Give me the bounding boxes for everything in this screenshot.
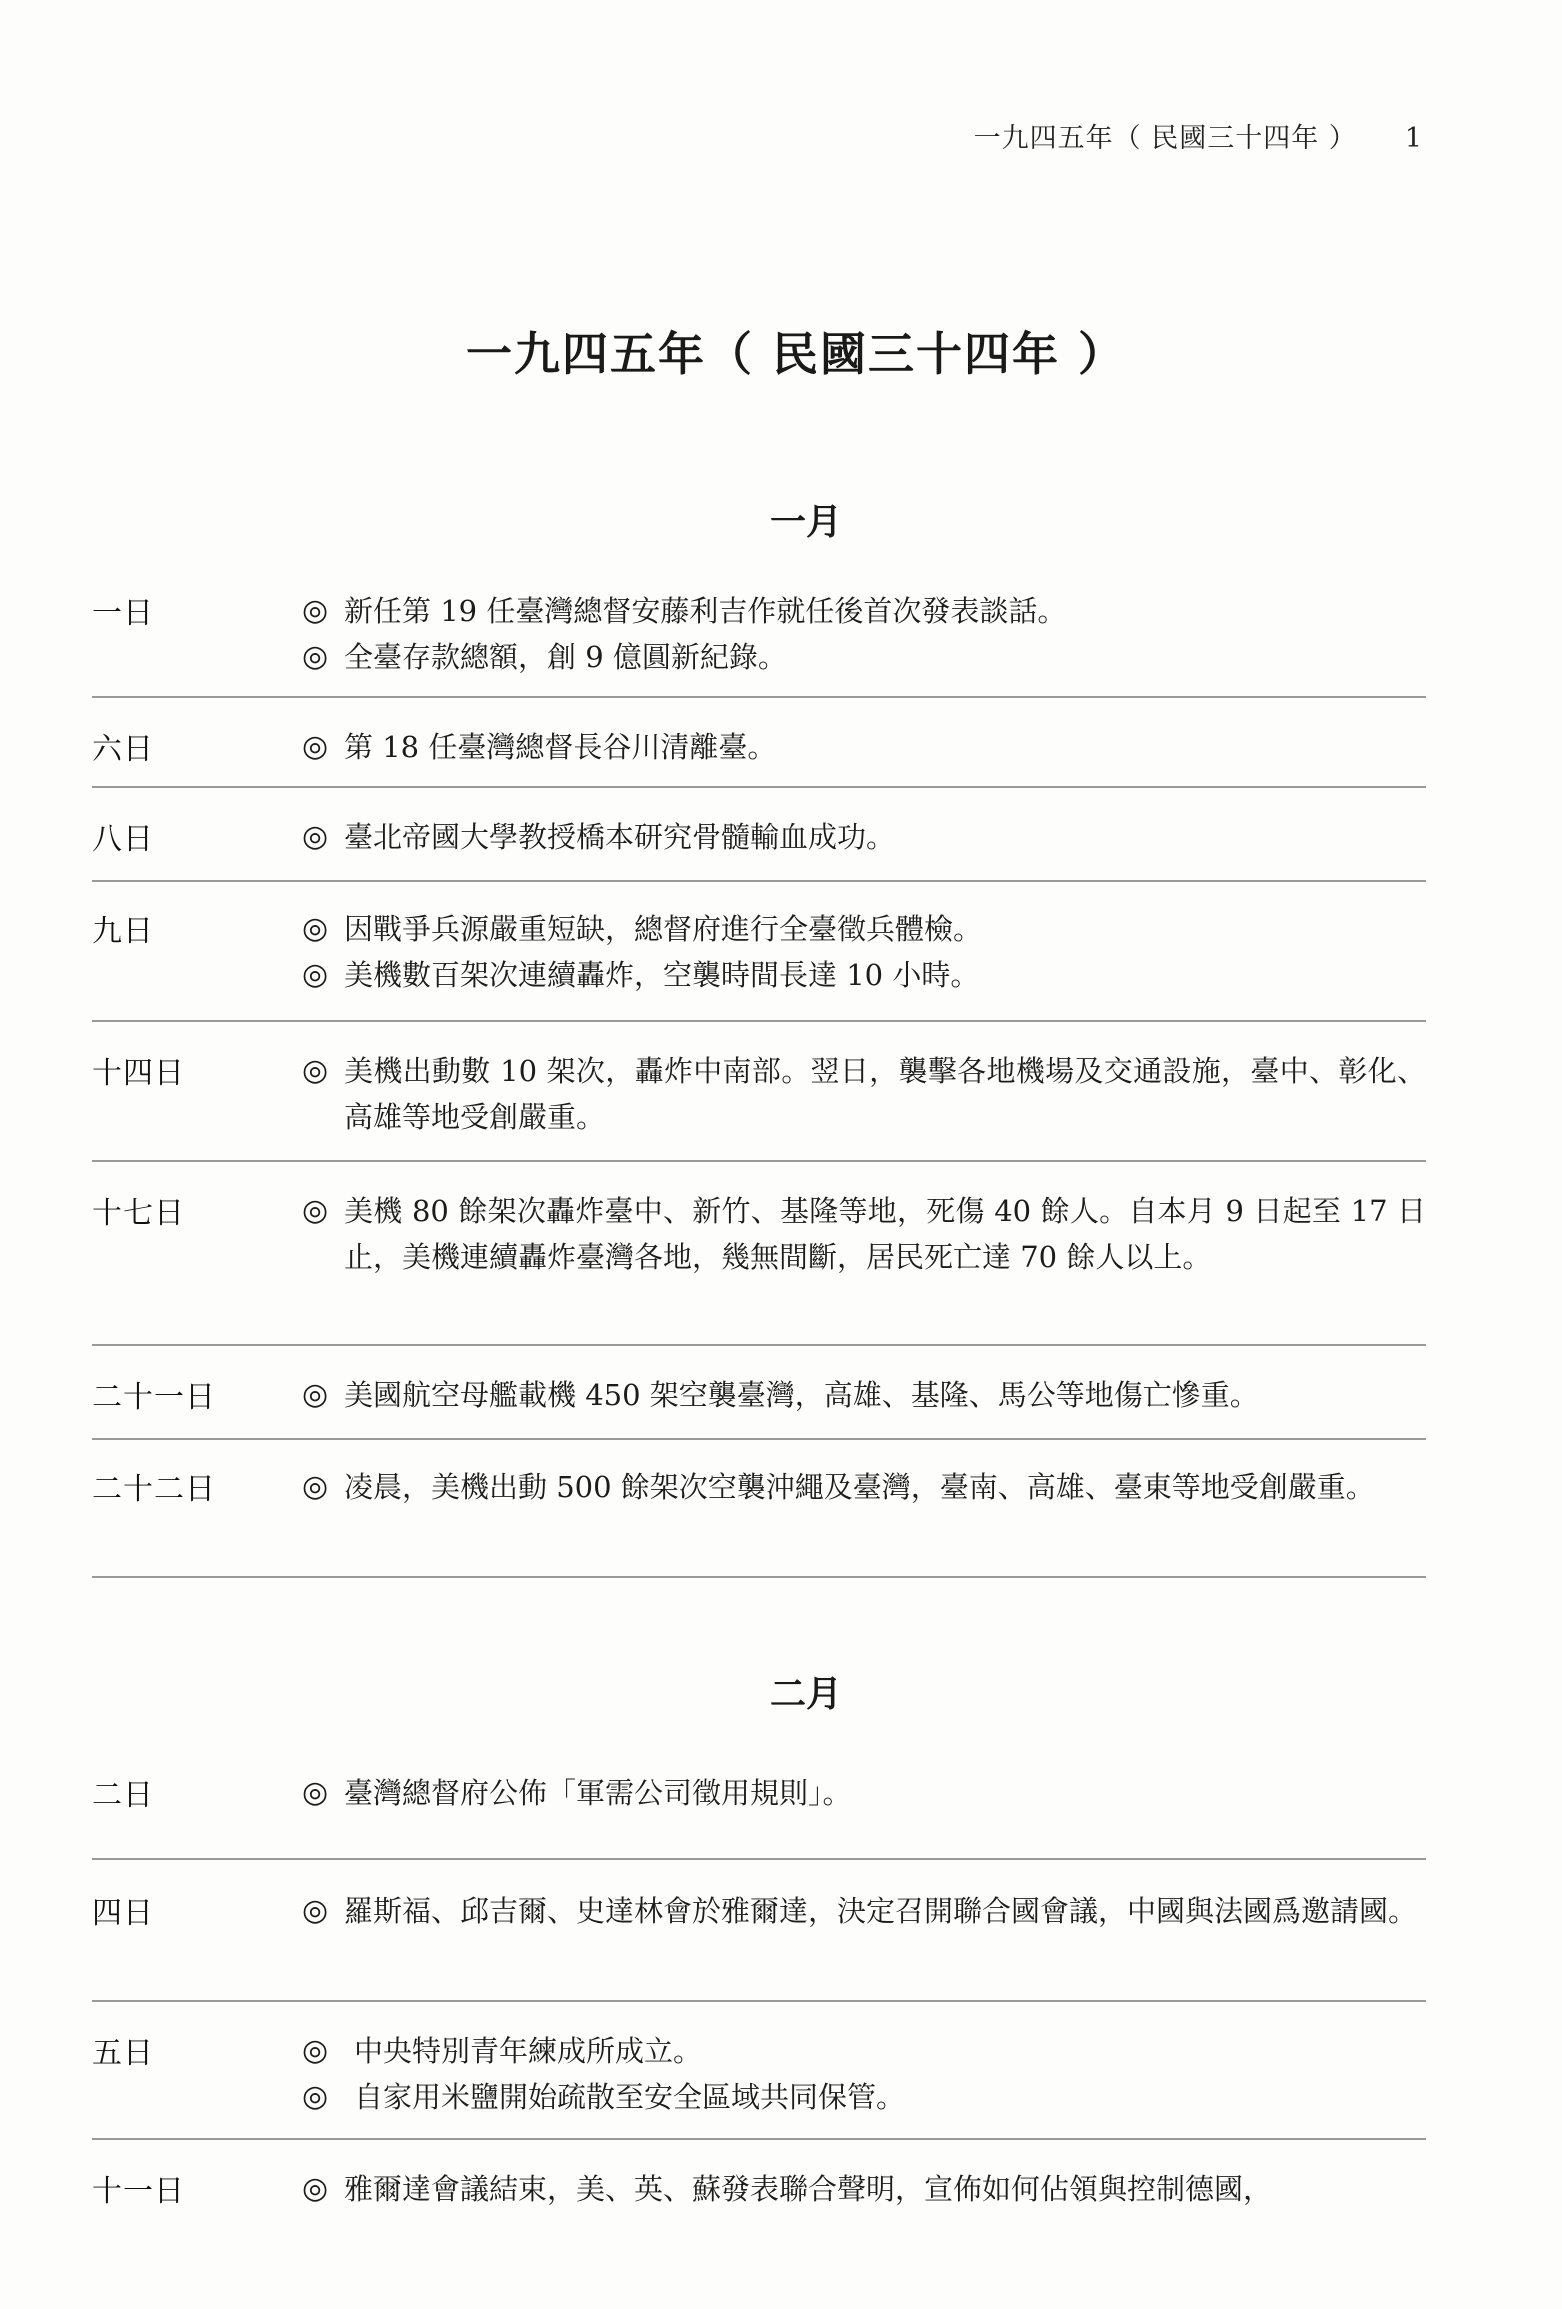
entry-items: ◎第 18 任臺灣總督長谷川清離臺。 [302, 724, 1426, 786]
entry-items: ◎臺灣總督府公佈「軍需公司徵用規則」。 [302, 1770, 1426, 1858]
page-number: 1 [1405, 123, 1422, 154]
double-circle-bullet-icon: ◎ [302, 1372, 344, 1418]
double-circle-bullet-icon: ◎ [302, 2166, 344, 2212]
entry-row: 十一日◎雅爾達會議結束，美、英、蘇發表聯合聲明，宣佈如何佔領與控制德國， [92, 2140, 1426, 2220]
entry-text: 雅爾達會議結束，美、英、蘇發表聯合聲明，宣佈如何佔領與控制德國， [344, 2166, 1426, 2212]
running-head: 一九四五年（ 民國三十四年 ） 1 [974, 116, 1422, 155]
entry-items: ◎新任第 19 任臺灣總督安藤利吉作就任後首次發表談話。◎全臺存款總額，創 9 … [302, 588, 1426, 696]
entry-item: ◎中央特別青年練成所成立。 [302, 2028, 1426, 2074]
entry-items: ◎臺北帝國大學教授橋本研究骨髓輸血成功。 [302, 814, 1426, 880]
entry-row: 十四日◎美機出動數 10 架次，轟炸中南部。翌日，襲擊各地機場及交通設施，臺中、… [92, 1022, 1426, 1162]
january-entries: 一日◎新任第 19 任臺灣總督安藤利吉作就任後首次發表談話。◎全臺存款總額，創 … [92, 588, 1426, 1578]
double-circle-bullet-icon: ◎ [302, 1888, 344, 1934]
entry-row: 九日◎因戰爭兵源嚴重短缺，總督府進行全臺徵兵體檢。◎美機數百架次連續轟炸，空襲時… [92, 882, 1426, 1022]
entry-day: 九日 [92, 906, 302, 1020]
entry-day: 一日 [92, 588, 302, 696]
double-circle-bullet-icon: ◎ [302, 906, 344, 952]
entry-item: ◎因戰爭兵源嚴重短缺，總督府進行全臺徵兵體檢。 [302, 906, 1426, 952]
entry-row: 四日◎羅斯福、邱吉爾、史達林會於雅爾達，決定召開聯合國會議，中國與法國爲邀請國。 [92, 1860, 1426, 2002]
february-entries: 二日◎臺灣總督府公佈「軍需公司徵用規則」。四日◎羅斯福、邱吉爾、史達林會於雅爾達… [92, 1770, 1426, 2220]
entry-day: 十七日 [92, 1188, 302, 1344]
entry-item: ◎美機出動數 10 架次，轟炸中南部。翌日，襲擊各地機場及交通設施，臺中、彰化、… [302, 1048, 1426, 1140]
double-circle-bullet-icon: ◎ [302, 2028, 354, 2074]
entry-items: ◎美機 80 餘架次轟炸臺中、新竹、基隆等地，死傷 40 餘人。自本月 9 日起… [302, 1188, 1426, 1344]
entry-items: ◎美機出動數 10 架次，轟炸中南部。翌日，襲擊各地機場及交通設施，臺中、彰化、… [302, 1048, 1426, 1160]
entry-row: 十七日◎美機 80 餘架次轟炸臺中、新竹、基隆等地，死傷 40 餘人。自本月 9… [92, 1162, 1426, 1346]
entry-item: ◎新任第 19 任臺灣總督安藤利吉作就任後首次發表談話。 [302, 588, 1426, 634]
entry-row: 二日◎臺灣總督府公佈「軍需公司徵用規則」。 [92, 1770, 1426, 1860]
entry-text: 自家用米鹽開始疏散至安全區域共同保管。 [354, 2074, 1426, 2120]
entry-items: ◎因戰爭兵源嚴重短缺，總督府進行全臺徵兵體檢。◎美機數百架次連續轟炸，空襲時間長… [302, 906, 1426, 1020]
entry-day: 十四日 [92, 1048, 302, 1160]
entry-day: 十一日 [92, 2166, 302, 2220]
entry-text: 美國航空母艦載機 450 架空襲臺灣，高雄、基隆、馬公等地傷亡慘重。 [344, 1372, 1426, 1418]
entry-row: 二十二日◎凌晨，美機出動 500 餘架次空襲沖繩及臺灣，臺南、高雄、臺東等地受創… [92, 1440, 1426, 1578]
entry-row: 八日◎臺北帝國大學教授橋本研究骨髓輸血成功。 [92, 788, 1426, 882]
entry-text: 臺灣總督府公佈「軍需公司徵用規則」。 [344, 1770, 1426, 1816]
double-circle-bullet-icon: ◎ [302, 1770, 344, 1816]
entry-item: ◎美機數百架次連續轟炸，空襲時間長達 10 小時。 [302, 952, 1426, 998]
double-circle-bullet-icon: ◎ [302, 634, 344, 680]
entry-item: ◎美國航空母艦載機 450 架空襲臺灣，高雄、基隆、馬公等地傷亡慘重。 [302, 1372, 1426, 1418]
entry-day: 六日 [92, 724, 302, 786]
entry-items: ◎雅爾達會議結束，美、英、蘇發表聯合聲明，宣佈如何佔領與控制德國， [302, 2166, 1426, 2220]
entry-row: 五日◎中央特別青年練成所成立。◎自家用米鹽開始疏散至安全區域共同保管。 [92, 2002, 1426, 2140]
entry-text: 全臺存款總額，創 9 億圓新紀錄。 [344, 634, 1426, 680]
entry-text: 中央特別青年練成所成立。 [354, 2028, 1426, 2074]
entry-item: ◎雅爾達會議結束，美、英、蘇發表聯合聲明，宣佈如何佔領與控制德國， [302, 2166, 1426, 2212]
entry-item: ◎美機 80 餘架次轟炸臺中、新竹、基隆等地，死傷 40 餘人。自本月 9 日起… [302, 1188, 1426, 1280]
entry-day: 二日 [92, 1770, 302, 1858]
entry-day: 四日 [92, 1888, 302, 2000]
double-circle-bullet-icon: ◎ [302, 952, 344, 998]
double-circle-bullet-icon: ◎ [302, 814, 344, 860]
double-circle-bullet-icon: ◎ [302, 724, 344, 770]
month-heading-february: 二月 [0, 1666, 1562, 1717]
entry-text: 美機 80 餘架次轟炸臺中、新竹、基隆等地，死傷 40 餘人。自本月 9 日起至… [344, 1188, 1426, 1280]
entry-item: ◎凌晨，美機出動 500 餘架次空襲沖繩及臺灣，臺南、高雄、臺東等地受創嚴重。 [302, 1464, 1426, 1510]
entry-item: ◎臺灣總督府公佈「軍需公司徵用規則」。 [302, 1770, 1426, 1816]
entry-text: 因戰爭兵源嚴重短缺，總督府進行全臺徵兵體檢。 [344, 906, 1426, 952]
entry-text: 臺北帝國大學教授橋本研究骨髓輸血成功。 [344, 814, 1426, 860]
running-head-title: 一九四五年（ 民國三十四年 ） [974, 116, 1357, 155]
entry-item: ◎臺北帝國大學教授橋本研究骨髓輸血成功。 [302, 814, 1426, 860]
page-title: 一九四五年（ 民國三十四年 ） [0, 318, 1562, 384]
entry-day: 五日 [92, 2028, 302, 2138]
entry-items: ◎中央特別青年練成所成立。◎自家用米鹽開始疏散至安全區域共同保管。 [302, 2028, 1426, 2138]
double-circle-bullet-icon: ◎ [302, 588, 344, 634]
entry-text: 美機出動數 10 架次，轟炸中南部。翌日，襲擊各地機場及交通設施，臺中、彰化、高… [344, 1048, 1426, 1140]
entry-item: ◎全臺存款總額，創 9 億圓新紀錄。 [302, 634, 1426, 680]
entry-items: ◎美國航空母艦載機 450 架空襲臺灣，高雄、基隆、馬公等地傷亡慘重。 [302, 1372, 1426, 1438]
entry-items: ◎凌晨，美機出動 500 餘架次空襲沖繩及臺灣，臺南、高雄、臺東等地受創嚴重。 [302, 1464, 1426, 1576]
double-circle-bullet-icon: ◎ [302, 1048, 344, 1140]
entry-item: ◎自家用米鹽開始疏散至安全區域共同保管。 [302, 2074, 1426, 2120]
entry-text: 新任第 19 任臺灣總督安藤利吉作就任後首次發表談話。 [344, 588, 1426, 634]
entry-text: 凌晨，美機出動 500 餘架次空襲沖繩及臺灣，臺南、高雄、臺東等地受創嚴重。 [344, 1464, 1426, 1510]
entry-text: 美機數百架次連續轟炸，空襲時間長達 10 小時。 [344, 952, 1426, 998]
month-heading-january: 一月 [0, 494, 1562, 545]
entry-row: 六日◎第 18 任臺灣總督長谷川清離臺。 [92, 698, 1426, 788]
entry-text: 第 18 任臺灣總督長谷川清離臺。 [344, 724, 1426, 770]
double-circle-bullet-icon: ◎ [302, 1188, 344, 1280]
double-circle-bullet-icon: ◎ [302, 2074, 354, 2120]
entry-item: ◎第 18 任臺灣總督長谷川清離臺。 [302, 724, 1426, 770]
entry-day: 二十二日 [92, 1464, 302, 1576]
double-circle-bullet-icon: ◎ [302, 1464, 344, 1510]
entry-row: 二十一日◎美國航空母艦載機 450 架空襲臺灣，高雄、基隆、馬公等地傷亡慘重。 [92, 1346, 1426, 1440]
entry-text: 羅斯福、邱吉爾、史達林會於雅爾達，決定召開聯合國會議，中國與法國爲邀請國。 [344, 1888, 1426, 1934]
entry-row: 一日◎新任第 19 任臺灣總督安藤利吉作就任後首次發表談話。◎全臺存款總額，創 … [92, 588, 1426, 698]
entry-items: ◎羅斯福、邱吉爾、史達林會於雅爾達，決定召開聯合國會議，中國與法國爲邀請國。 [302, 1888, 1426, 2000]
entry-item: ◎羅斯福、邱吉爾、史達林會於雅爾達，決定召開聯合國會議，中國與法國爲邀請國。 [302, 1888, 1426, 1934]
entry-day: 二十一日 [92, 1372, 302, 1438]
entry-day: 八日 [92, 814, 302, 880]
